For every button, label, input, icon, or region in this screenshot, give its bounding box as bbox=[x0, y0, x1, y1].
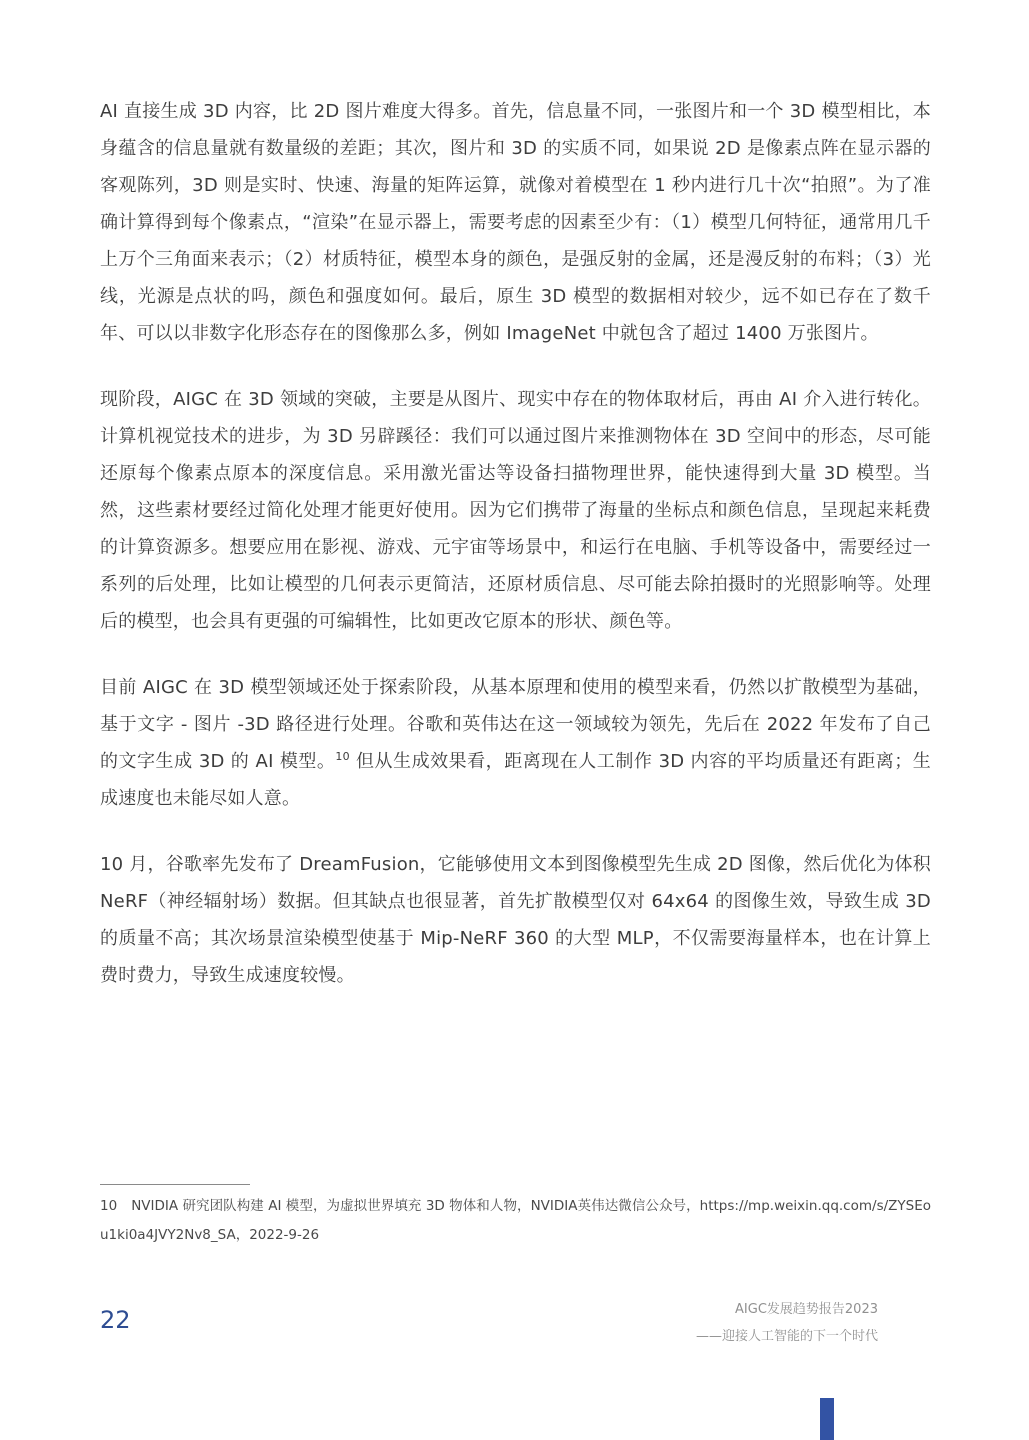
page-edge-accent-bar bbox=[820, 1398, 834, 1440]
body-text-block: AI 直接生成 3D 内容，比 2D 图片难度大得多。首先，信息量不同，一张图片… bbox=[100, 93, 931, 1023]
paragraph-4: 10 月，谷歌率先发布了 DreamFusion，它能够使用文本到图像模型先生成… bbox=[100, 846, 931, 994]
footer-report-title: AIGC发展趋势报告2023 bbox=[696, 1296, 878, 1323]
document-page: AI 直接生成 3D 内容，比 2D 图片难度大得多。首先，信息量不同，一张图片… bbox=[0, 0, 1029, 1440]
footnote-content: NVIDIA 研究团队构建 AI 模型，为虚拟世界填充 3D 物体和人物，NVI… bbox=[100, 1198, 931, 1243]
footer-report-subtitle: ——迎接人工智能的下一个时代 bbox=[696, 1323, 878, 1350]
footnote-separator-rule bbox=[100, 1184, 250, 1185]
footnote-number: 10 bbox=[100, 1198, 117, 1214]
paragraph-3: 目前 AIGC 在 3D 模型领域还处于探索阶段，从基本原理和使用的模型来看，仍… bbox=[100, 669, 931, 817]
paragraph-2: 现阶段，AIGC 在 3D 领域的突破，主要是从图片、现实中存在的物体取材后，再… bbox=[100, 381, 931, 640]
page-number: 22 bbox=[100, 1306, 131, 1334]
footnote-text: 10NVIDIA 研究团队构建 AI 模型，为虚拟世界填充 3D 物体和人物，N… bbox=[100, 1192, 931, 1250]
paragraph-1: AI 直接生成 3D 内容，比 2D 图片难度大得多。首先，信息量不同，一张图片… bbox=[100, 93, 931, 352]
footnote-reference-10: 10 bbox=[335, 750, 349, 763]
footnote-block: 10NVIDIA 研究团队构建 AI 模型，为虚拟世界填充 3D 物体和人物，N… bbox=[100, 1184, 931, 1250]
footer-report-info: AIGC发展趋势报告2023 ——迎接人工智能的下一个时代 bbox=[696, 1296, 878, 1350]
